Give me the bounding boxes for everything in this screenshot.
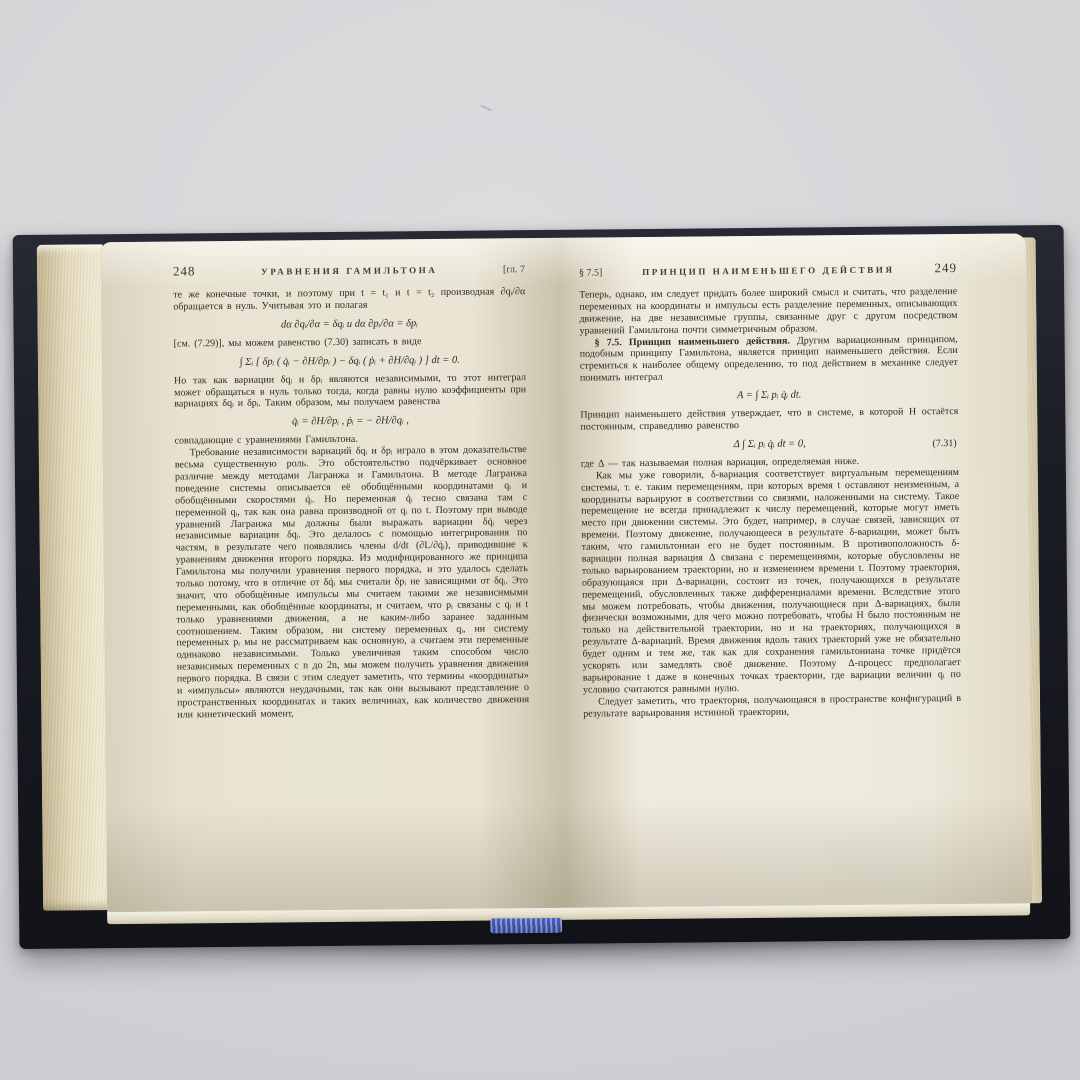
right-page-header: § 7.5] ПРИНЦИП НАИМЕНЬШЕГО ДЕЙСТВИЯ 249 xyxy=(579,260,957,280)
open-page-spread: 248 УРАВНЕНИЯ ГАМИЛЬТОНА [гл. 7 те же ко… xyxy=(101,233,1032,912)
left-chapter-ref: [гл. 7 xyxy=(503,264,525,275)
formula-text: A = ∫ Σᵢ pᵢ q̇ᵢ dt. xyxy=(737,390,802,402)
paragraph: Следует заметить, что траектория, получа… xyxy=(583,693,961,720)
left-page-body: те же конечные точки, и поэтому при t = … xyxy=(173,286,529,721)
section-heading: § 7.5. Принцип наименьшего действия. xyxy=(595,335,790,348)
paragraph: Как мы уже говорили, δ-вариация соответс… xyxy=(581,467,961,697)
paragraph: Требование независимости вариаций δqᵢ и … xyxy=(175,444,530,721)
right-page-number: 249 xyxy=(934,260,957,276)
left-page-header: 248 УРАВНЕНИЯ ГАМИЛЬТОНА [гл. 7 xyxy=(173,260,525,279)
formula-text: dα ∂qᵢ/∂α = δqᵢ и dα ∂pᵢ/∂α = δpᵢ xyxy=(281,318,418,330)
left-page: 248 УРАВНЕНИЯ ГАМИЛЬТОНА [гл. 7 те же ко… xyxy=(173,260,531,893)
equation-number: (7.31) xyxy=(932,438,956,449)
left-running-title: УРАВНЕНИЯ ГАМИЛЬТОНА xyxy=(195,264,503,277)
paragraph: те же конечные точки, и поэтому при t = … xyxy=(173,286,525,313)
paragraph: Принцип наименьшего действия утверждает,… xyxy=(580,406,958,433)
display-formula: Δ ∫ Σᵢ pᵢ q̇ᵢ dt = 0,(7.31) xyxy=(581,437,959,452)
book: 248 УРАВНЕНИЯ ГАМИЛЬТОНА [гл. 7 те же ко… xyxy=(13,225,1071,949)
paragraph: § 7.5. Принцип наименьшего действия. Дру… xyxy=(580,334,958,385)
paragraph: [см. (7.29)], мы можем равенство (7.30) … xyxy=(174,335,526,350)
page-stack-left-edge xyxy=(37,244,109,911)
headband-ribbon xyxy=(490,918,562,934)
display-formula: ∫ Σᵢ [ δpᵢ ( q̇ᵢ − ∂H/∂pᵢ ) − δqᵢ ( ṗᵢ +… xyxy=(174,354,526,368)
right-running-title: ПРИНЦИП НАИМЕНЬШЕГО ДЕЙСТВИЯ xyxy=(602,264,934,277)
paragraph: Теперь, однако, им следует придать более… xyxy=(579,286,957,337)
formula-text: ∫ Σᵢ [ δpᵢ ( q̇ᵢ − ∂H/∂pᵢ ) − δqᵢ ( ṗᵢ +… xyxy=(240,354,460,367)
right-page-body: Теперь, однако, им следует придать более… xyxy=(579,286,961,720)
display-formula: A = ∫ Σᵢ pᵢ q̇ᵢ dt. xyxy=(580,388,958,403)
display-formula: dα ∂qᵢ/∂α = δqᵢ и dα ∂pᵢ/∂α = δpᵢ xyxy=(173,317,525,331)
display-formula: q̇ᵢ = ∂H/∂pᵢ , ṗᵢ = − ∂H/∂qᵢ , xyxy=(174,414,526,428)
formula-text: q̇ᵢ = ∂H/∂pᵢ , ṗᵢ = − ∂H/∂qᵢ , xyxy=(292,416,409,428)
paragraph: Но так как вариации δqᵢ и δpᵢ являются н… xyxy=(174,372,526,411)
surface-scratch xyxy=(480,105,492,112)
left-page-number: 248 xyxy=(173,263,196,279)
right-page: § 7.5] ПРИНЦИП НАИМЕНЬШЕГО ДЕЙСТВИЯ 249 … xyxy=(579,260,963,890)
formula-text: Δ ∫ Σᵢ pᵢ q̇ᵢ dt = 0, xyxy=(734,438,806,450)
photo-scene: 248 УРАВНЕНИЯ ГАМИЛЬТОНА [гл. 7 те же ко… xyxy=(0,0,1080,1080)
right-section-ref: § 7.5] xyxy=(579,267,602,278)
